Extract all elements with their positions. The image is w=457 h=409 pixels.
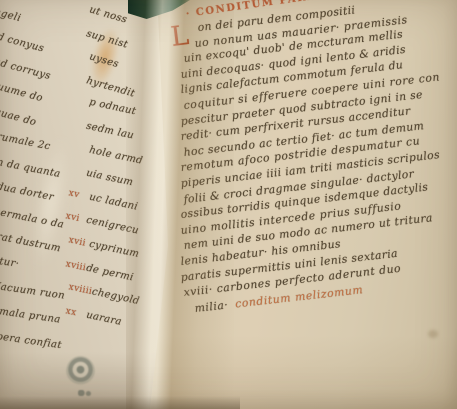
right-page-lines: on dei paru dem compositii uo nonum uas … xyxy=(181,21,451,302)
entry-numeral: xx xyxy=(65,306,88,320)
entry-numeral xyxy=(68,101,89,105)
right-page-text-block: on dei paru dem compositii uo nonum uas … xyxy=(181,21,451,317)
entry-numeral: xviii xyxy=(65,259,88,273)
entry-numeral xyxy=(69,6,89,12)
entry-numeral: xvi xyxy=(65,212,88,226)
entry-numeral xyxy=(65,171,86,175)
entry-numeral xyxy=(66,30,86,36)
entry-numeral xyxy=(68,148,89,152)
left-page-column-2: ut noss sup nist uyses hyrtendit p odnau… xyxy=(64,0,164,328)
entry-numeral xyxy=(66,77,86,83)
manuscript-photo: · CONDITUM PARADOXUM · L on dei paru dem… xyxy=(0,0,457,409)
entry-numeral: xv xyxy=(68,188,91,202)
last-line-words: milia· xyxy=(194,298,229,315)
entry-numeral: xvii xyxy=(68,235,91,249)
entry-numeral xyxy=(69,53,89,59)
entry-numeral xyxy=(65,124,86,128)
entry-numeral: xviiii xyxy=(68,282,93,297)
book-edge-shadow xyxy=(0,396,240,409)
left-page: ngeli d conyus ad corruys uume do quae d… xyxy=(0,0,172,409)
entry-title: ut noss xyxy=(88,4,128,25)
parchment-stain xyxy=(428,330,438,338)
library-stamp-icon xyxy=(66,356,95,387)
